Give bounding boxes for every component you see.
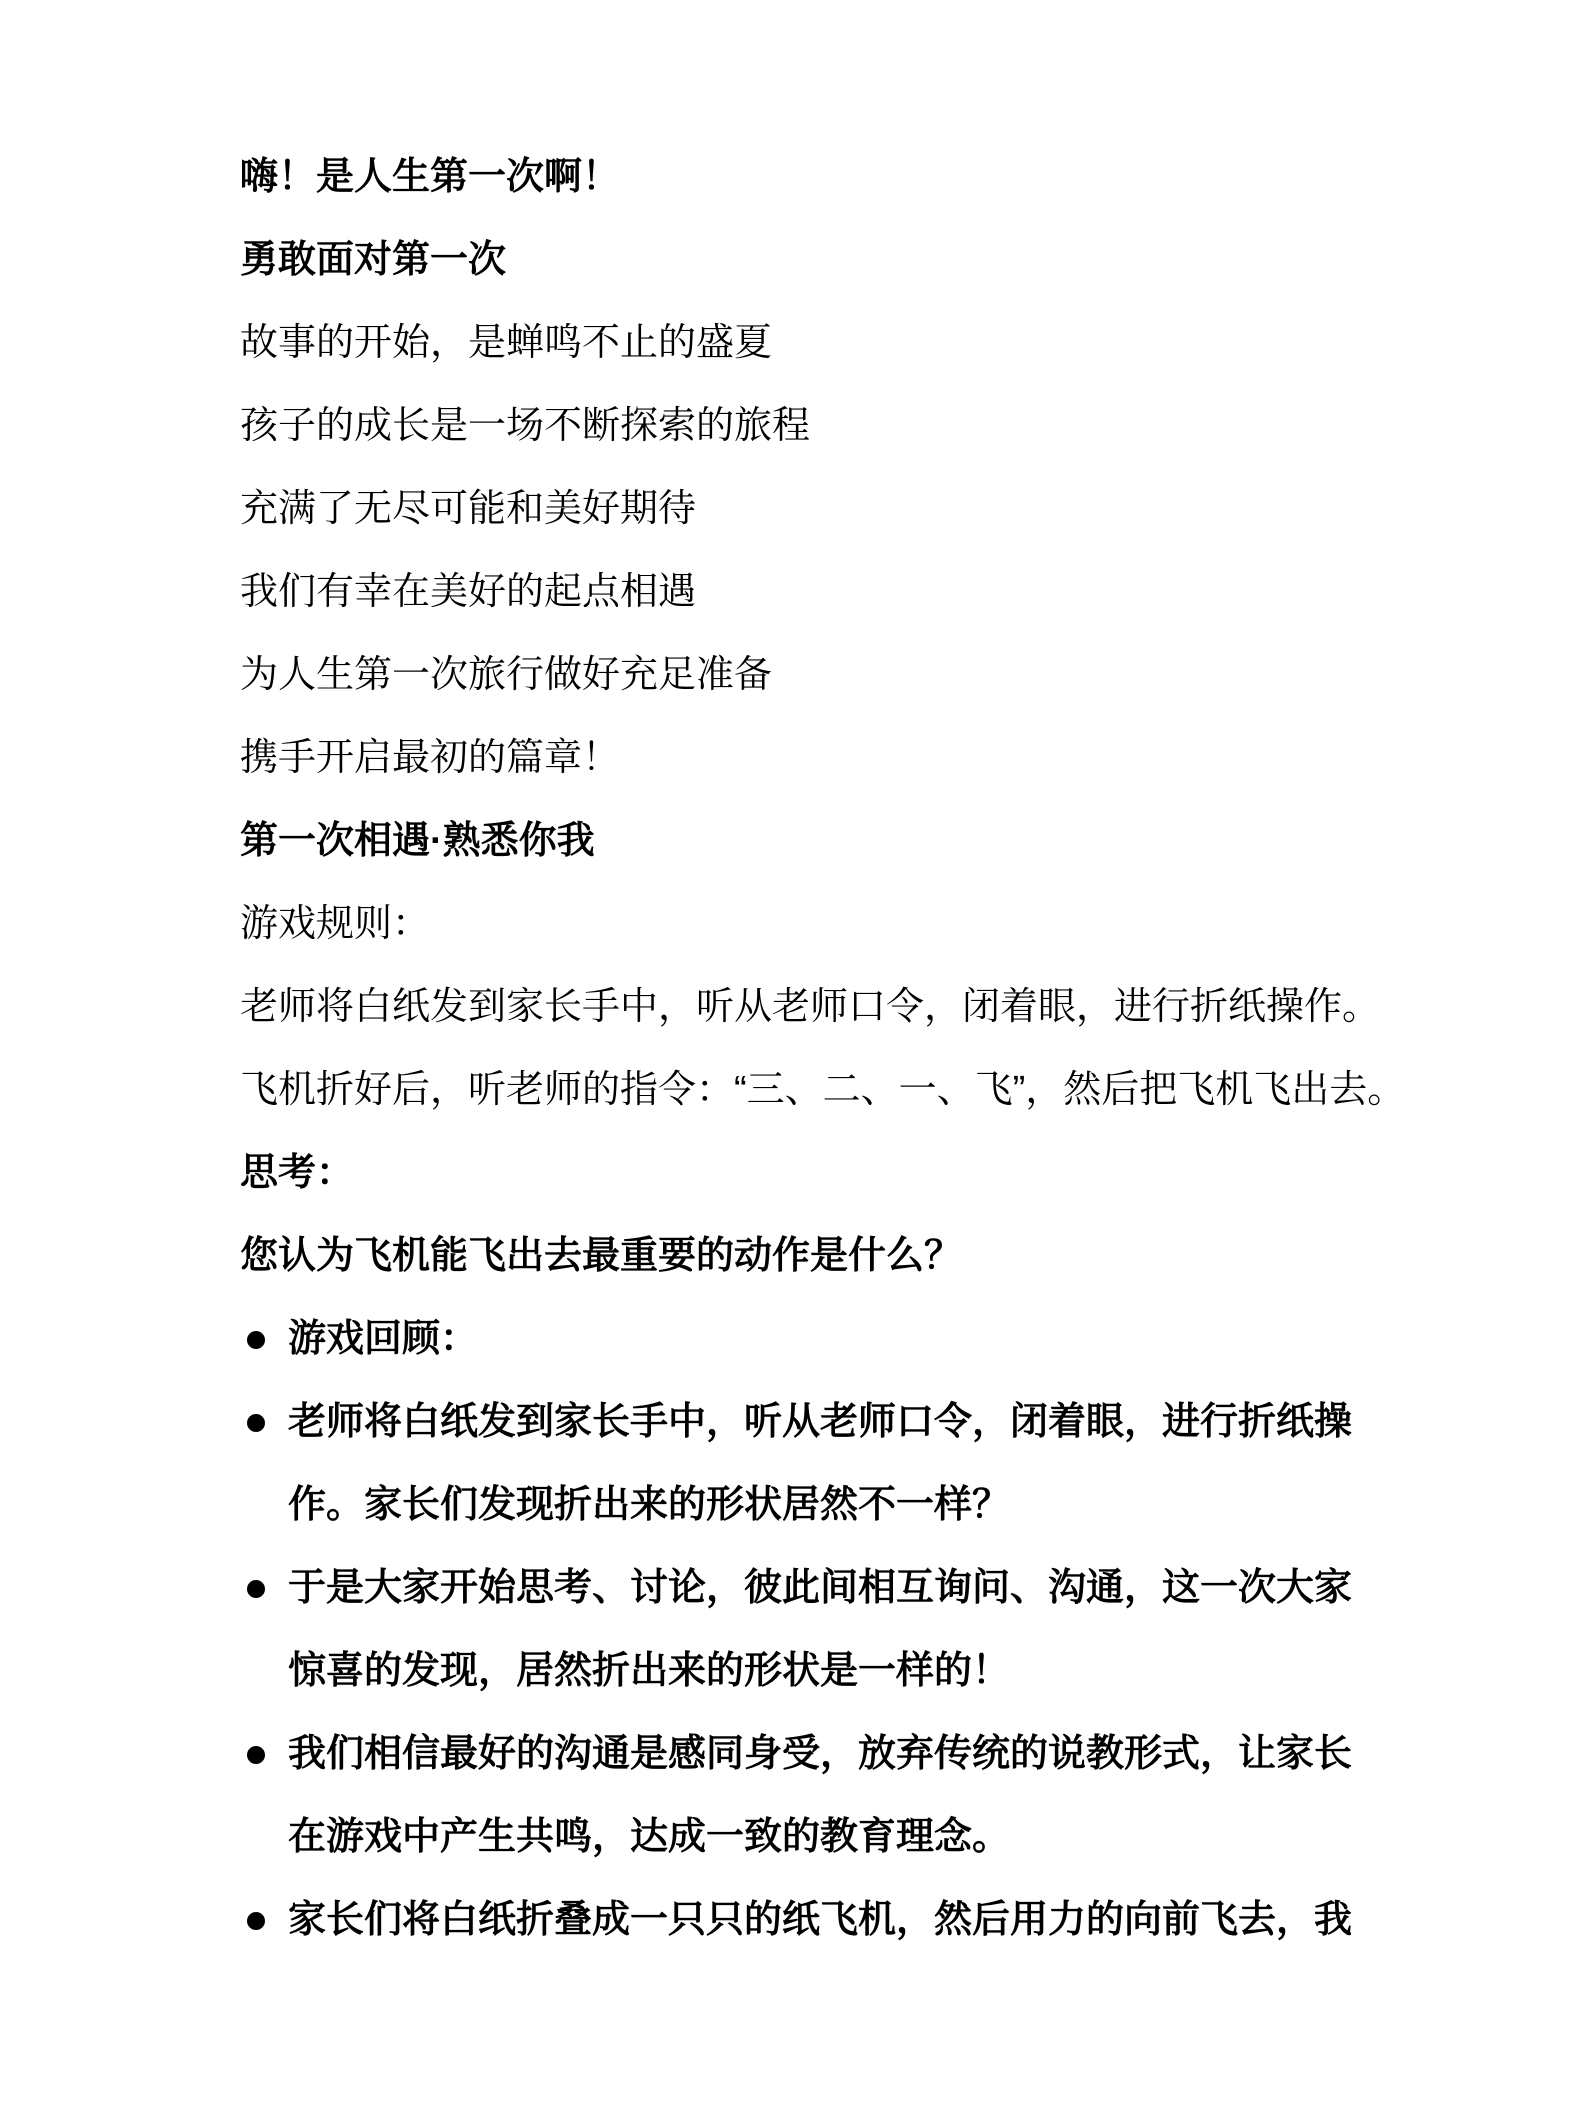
bullet-item: 老师将白纸发到家长手中，听从老师口令，闭着眼，进行折纸操: [240, 1381, 1405, 1464]
bullet-item: 家长们将白纸折叠成一只只的纸飞机，然后用力的向前飞去，我: [240, 1879, 1405, 1962]
bullet-item: 于是大家开始思考、讨论，彼此间相互询问、沟通，这一次大家: [240, 1547, 1405, 1630]
bullet-icon: [247, 1414, 265, 1432]
bullet-icon: [247, 1580, 265, 1598]
bullet-text: 家长们将白纸折叠成一只只的纸飞机，然后用力的向前飞去，我: [288, 1899, 1352, 1941]
section-heading: 思考：: [240, 1132, 1405, 1215]
section-heading: 第一次相遇·熟悉你我: [240, 800, 1405, 883]
text-line: 故事的开始，是蝉鸣不止的盛夏: [240, 302, 1405, 385]
title-heading: 嗨！是人生第一次啊！: [240, 136, 1405, 219]
bullet-text: 老师将白纸发到家长手中，听从老师口令，闭着眼，进行折纸操: [288, 1401, 1352, 1443]
text-line: 飞机折好后，听老师的指令：“三、二、一、飞”，然后把飞机飞出去。: [240, 1049, 1405, 1132]
bullet-item: 我们相信最好的沟通是感同身受，放弃传统的说教形式，让家长: [240, 1713, 1405, 1796]
bullet-icon: [247, 1912, 265, 1930]
bullet-continuation-line: 作。家长们发现折出来的形状居然不一样？: [240, 1464, 1405, 1547]
text-line: 充满了无尽可能和美好期待: [240, 468, 1405, 551]
bullet-item: 游戏回顾：: [240, 1298, 1405, 1381]
bullet-continuation-line: 惊喜的发现，居然折出来的形状是一样的！: [240, 1630, 1405, 1713]
text-line: 携手开启最初的篇章！: [240, 717, 1405, 800]
bullet-icon: [247, 1331, 265, 1349]
text-line: 我们有幸在美好的起点相遇: [240, 551, 1405, 634]
document-body: 嗨！是人生第一次啊！ 勇敢面对第一次 故事的开始，是蝉鸣不止的盛夏 孩子的成长是…: [240, 136, 1405, 1962]
bullet-text: 于是大家开始思考、讨论，彼此间相互询问、沟通，这一次大家: [288, 1567, 1352, 1609]
bullet-text: 游戏回顾：: [288, 1318, 478, 1360]
text-line: 老师将白纸发到家长手中，听从老师口令，闭着眼，进行折纸操作。: [240, 966, 1405, 1049]
question-heading: 您认为飞机能飞出去最重要的动作是什么？: [240, 1215, 1405, 1298]
bullet-continuation-line: 在游戏中产生共鸣，达成一致的教育理念。: [240, 1796, 1405, 1879]
bullet-text: 我们相信最好的沟通是感同身受，放弃传统的说教形式，让家长: [288, 1733, 1352, 1775]
text-line: 为人生第一次旅行做好充足准备: [240, 634, 1405, 717]
section-heading: 勇敢面对第一次: [240, 219, 1405, 302]
text-line: 游戏规则：: [240, 883, 1405, 966]
text-line: 孩子的成长是一场不断探索的旅程: [240, 385, 1405, 468]
bullet-icon: [247, 1746, 265, 1764]
